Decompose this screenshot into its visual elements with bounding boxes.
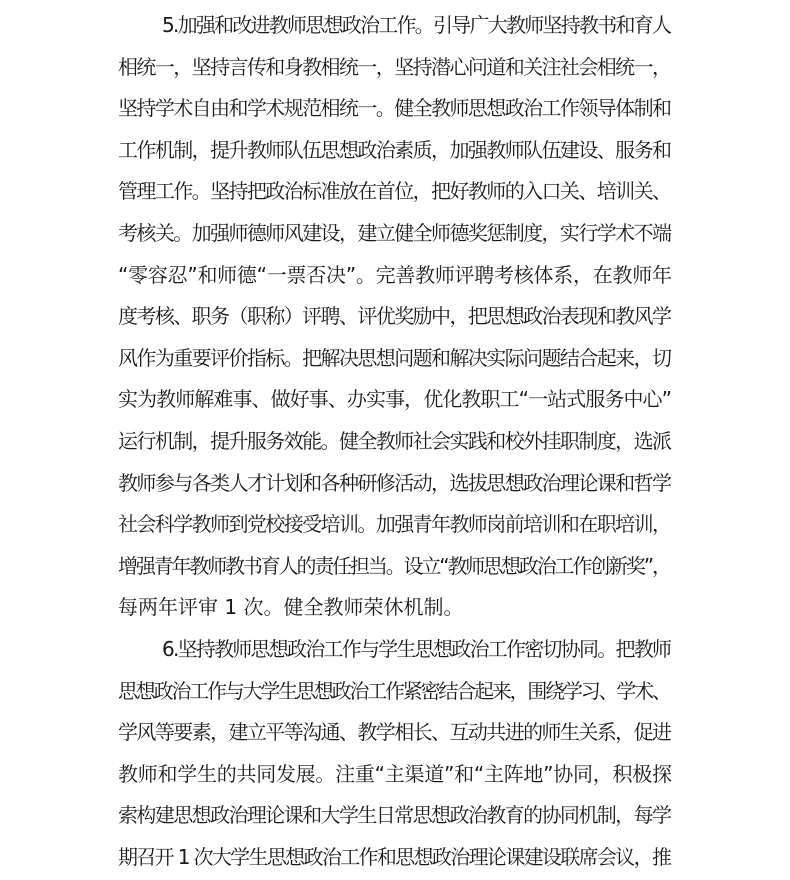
text-line: 教师参与各类人才计划和各种研修活动，选拔思想政治理论课和哲学 (118, 468, 672, 498)
text-line: 6.坚持教师思想政治工作与学生思想政治工作密切协同。把教师 (162, 634, 672, 664)
text-line: 社会科学教师到党校接受培训。加强青年教师岗前培训和在职培训， (118, 509, 672, 539)
text-line: 思想政治工作与大学生思想政治工作紧密结合起来，围绕学习、学术、 (118, 676, 672, 706)
text-line: 学风等要素，建立平等沟通、教学相长、互动共进的师生关系，促进 (118, 717, 672, 747)
text-line: 考核关。加强师德师风建设，建立健全师德奖惩制度，实行学术不端 (118, 218, 672, 248)
text-line: 实为教师解难事、做好事、办实事，优化教职工“一站式服务中心” (118, 384, 672, 414)
text-line: 管理工作。坚持把政治标准放在首位，把好教师的入口关、培训关、 (118, 176, 672, 206)
text-line: 坚持学术自由和学术规范相统一。健全教师思想政治工作领导体制和 (118, 93, 672, 123)
text-line: 度考核、职务（职称）评聘、评优奖励中，把思想政治表现和教风学 (118, 301, 672, 331)
text-line: 工作机制，提升教师队伍思想政治素质，加强教师队伍建设、服务和 (118, 135, 672, 165)
text-line: “零容忍”和师德“一票否决”。完善教师评聘考核体系，在教师年 (118, 260, 672, 290)
text-line: 教师和学生的共同发展。注重“主渠道”和“主阵地”协同，积极探 (118, 759, 672, 789)
text-line: 风作为重要评价指标。把解决思想问题和解决实际问题结合起来，切 (118, 343, 672, 373)
text-line: 索构建思想政治理论课和大学生日常思想政治教育的协同机制，每学 (118, 800, 672, 830)
text-line: 相统一，坚持言传和身教相统一，坚持潜心问道和关注社会相统一， (118, 52, 672, 82)
text-line: 增强青年教师教书育人的责任担当。设立“教师思想政治工作创新奖”， (118, 551, 672, 581)
text-line: 运行机制，提升服务效能。健全教师社会实践和校外挂职制度，选派 (118, 426, 672, 456)
document-page: 5.加强和改进教师思想政治工作。引导广大教师坚持教书和育人 相统一，坚持言传和身… (0, 0, 790, 880)
text-line: 每两年评审 1 次。健全教师荣休机制。 (118, 592, 672, 622)
text-line: 期召开 1 次大学生思想政治工作和思想政治理论课建设联席会议，推 (118, 842, 672, 872)
text-line: 5.加强和改进教师思想政治工作。引导广大教师坚持教书和育人 (162, 10, 672, 40)
